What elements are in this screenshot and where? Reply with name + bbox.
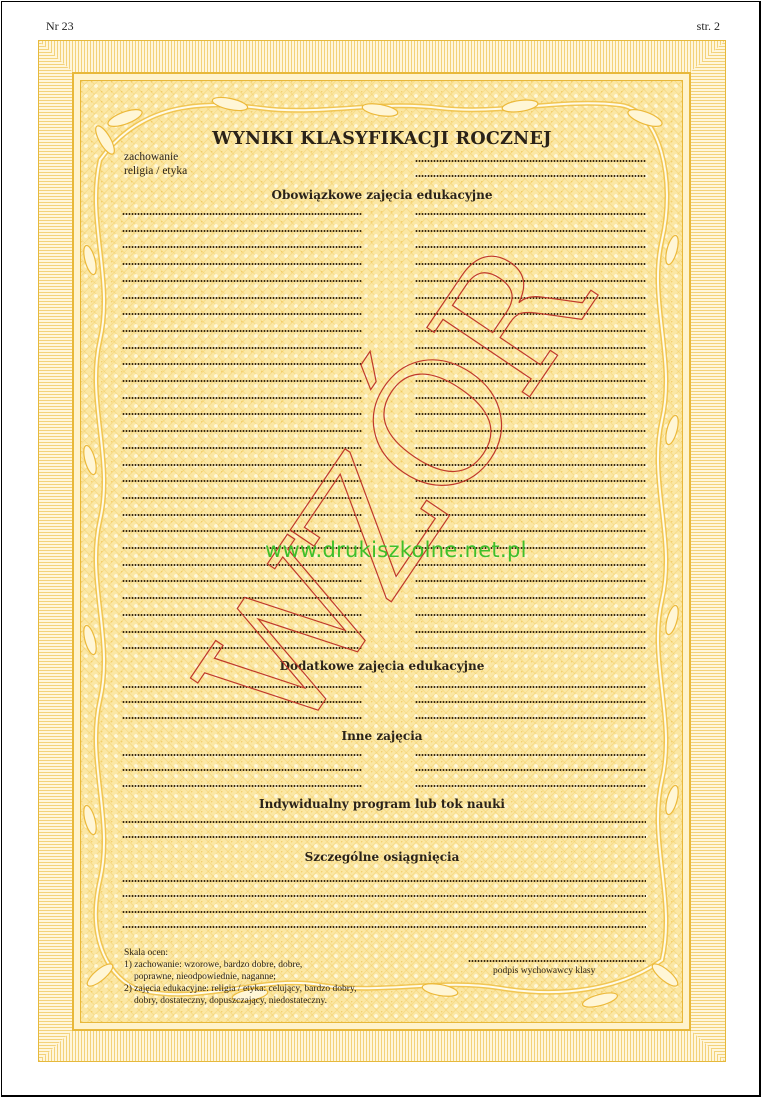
subject-name-field[interactable] — [122, 246, 362, 248]
section-mandatory-heading: Obowiązkowe zajęcia edukacyjne — [0, 188, 764, 202]
signature-field[interactable] — [468, 960, 646, 962]
subject-grade-field[interactable] — [415, 230, 646, 232]
subject-name-field[interactable] — [122, 330, 362, 332]
subject-name-field[interactable] — [122, 313, 362, 315]
site-url: www.drukiszkolne.net.pl — [265, 538, 527, 562]
subject-name-field[interactable] — [122, 213, 362, 215]
subject-grade-field[interactable] — [415, 614, 646, 616]
grading-scale-line1: 1) zachowanie: wzorowe, bardzo dobre, do… — [124, 960, 302, 972]
entry-line-field[interactable] — [122, 821, 646, 823]
subject-name-field[interactable] — [122, 413, 362, 415]
section-other-heading: Inne zajęcia — [0, 729, 764, 743]
subject-name-field[interactable] — [122, 230, 362, 232]
subject-grade-field[interactable] — [415, 717, 646, 719]
section-individual-heading: Indywidualny program lub tok nauki — [0, 797, 764, 811]
subject-grade-field[interactable] — [415, 647, 646, 649]
subject-name-field[interactable] — [122, 380, 362, 382]
subject-grade-field[interactable] — [415, 631, 646, 633]
subject-grade-field[interactable] — [415, 686, 646, 688]
subject-grade-field[interactable] — [415, 785, 646, 787]
religion-grade-field[interactable] — [415, 175, 646, 177]
entry-line-field[interactable] — [122, 836, 646, 838]
page-number: str. 2 — [697, 19, 720, 34]
grading-scale-line2: 2) zajęcia edukacyjne: religia / etyka: … — [124, 984, 356, 996]
entry-line-field[interactable] — [122, 895, 646, 897]
section-achievements-heading: Szczególne osiągnięcia — [0, 850, 764, 864]
form-number: Nr 23 — [46, 19, 74, 34]
subject-name-field[interactable] — [122, 280, 362, 282]
subject-grade-field[interactable] — [415, 597, 646, 599]
subject-grade-field[interactable] — [415, 754, 646, 756]
subject-name-field[interactable] — [122, 297, 362, 299]
grading-scale-line1b: poprawne, nieodpowiednie, naganne; — [134, 972, 276, 984]
document-title: WYNIKI KLASYFIKACJI ROCZNEJ — [0, 129, 764, 149]
behaviour-label: zachowanie — [124, 151, 178, 163]
subject-name-field[interactable] — [122, 347, 362, 349]
signature-label: podpis wychowawcy klasy — [493, 966, 595, 976]
subject-name-field[interactable] — [122, 397, 362, 399]
behaviour-grade-field[interactable] — [415, 160, 646, 162]
entry-line-field[interactable] — [122, 911, 646, 913]
subject-name-field[interactable] — [122, 785, 362, 787]
grading-scale-heading: Skala ocen: — [124, 948, 168, 960]
subject-grade-field[interactable] — [415, 213, 646, 215]
subject-name-field[interactable] — [122, 363, 362, 365]
subject-grade-field[interactable] — [415, 769, 646, 771]
entry-line-field[interactable] — [122, 880, 646, 882]
entry-line-field[interactable] — [122, 926, 646, 928]
subject-name-field[interactable] — [122, 263, 362, 265]
religion-label: religia / etyka — [124, 165, 187, 177]
grading-scale-line2b: dobry, dostateczny, dopuszczający, niedo… — [134, 996, 327, 1008]
subject-grade-field[interactable] — [415, 701, 646, 703]
